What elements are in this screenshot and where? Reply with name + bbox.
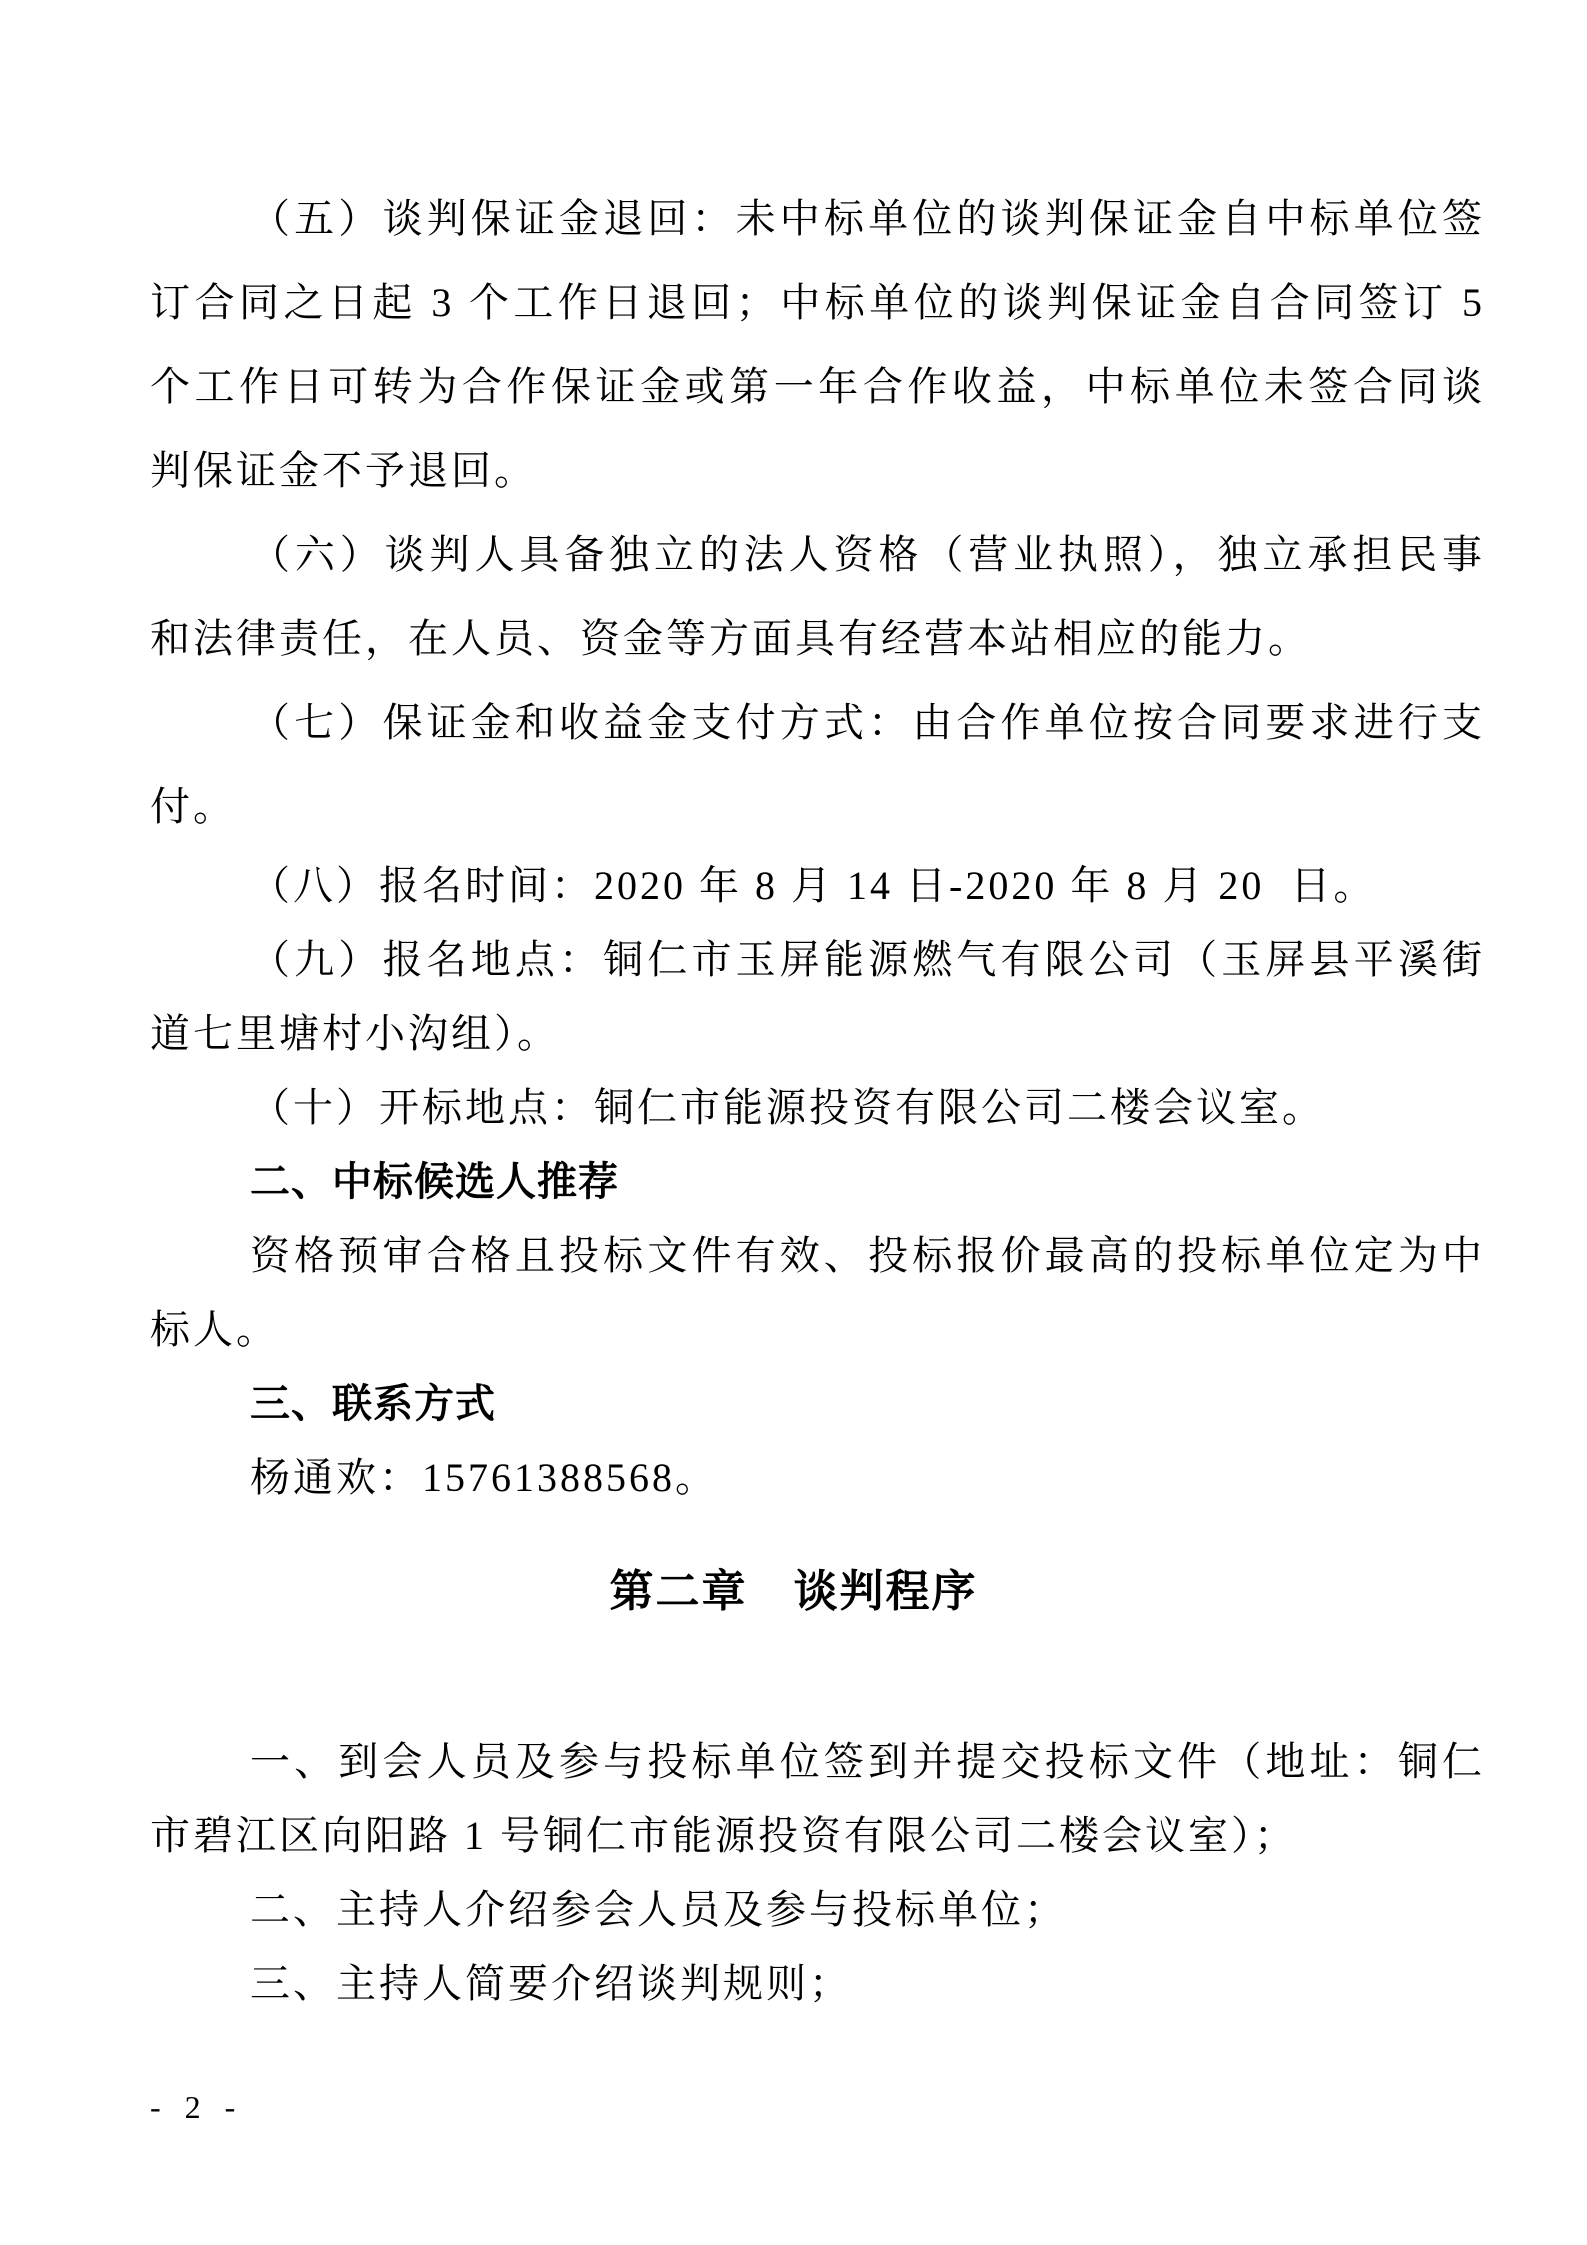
text-line: （十）开标地点：铜仁市能源投资有限公司二楼会议室。 xyxy=(150,1071,1485,1145)
heading-winner-recommendation: 二、中标候选人推荐 xyxy=(150,1145,1485,1219)
para-winner-recommendation: 资格预审合格且投标文件有效、投标报价最高的投标单位定为中 标人。 xyxy=(150,1219,1485,1367)
procedure-step-three: 三、主持人简要介绍谈判规则； xyxy=(150,1947,1485,2021)
list-item-nine: （九）报名地点：铜仁市玉屏能源燃气有限公司（玉屏县平溪街 道七里塘村小沟组）。 xyxy=(150,923,1485,1071)
procedure-step-one: 一、到会人员及参与投标单位签到并提交投标文件（地址：铜仁 市碧江区向阳路 1 号… xyxy=(150,1725,1485,1873)
text-line: 一、到会人员及参与投标单位签到并提交投标文件（地址：铜仁 xyxy=(150,1725,1485,1799)
document-page: （五）谈判保证金退回：未中标单位的谈判保证金自中标单位签 订合同之日起 3 个工… xyxy=(0,0,1587,2245)
text-line: 标人。 xyxy=(150,1293,1485,1367)
terms-section: （五）谈判保证金退回：未中标单位的谈判保证金自中标单位签 订合同之日起 3 个工… xyxy=(150,177,1485,849)
text-line: 判保证金不予退回。 xyxy=(150,429,1485,513)
text-line: 资格预审合格且投标文件有效、投标报价最高的投标单位定为中 xyxy=(150,1219,1485,1293)
list-item-six: （六）谈判人具备独立的法人资格（营业执照），独立承担民事 和法律责任，在人员、资… xyxy=(150,513,1485,681)
text-line: 付。 xyxy=(150,765,1485,849)
list-item-five: （五）谈判保证金退回：未中标单位的谈判保证金自中标单位签 订合同之日起 3 个工… xyxy=(150,177,1485,513)
text-line: 道七里塘村小沟组）。 xyxy=(150,997,1485,1071)
text-line: （五）谈判保证金退回：未中标单位的谈判保证金自中标单位签 xyxy=(150,177,1485,261)
text-line: （六）谈判人具备独立的法人资格（营业执照），独立承担民事 xyxy=(150,513,1485,597)
text-line: 订合同之日起 3 个工作日退回；中标单位的谈判保证金自合同签订 5 xyxy=(150,261,1485,345)
list-item-eight: （八）报名时间：2020 年 8 月 14 日-2020 年 8 月 20 日。 xyxy=(150,849,1485,923)
text-line: 三、主持人简要介绍谈判规则； xyxy=(150,1947,1485,2021)
list-item-seven: （七）保证金和收益金支付方式：由合作单位按合同要求进行支 付。 xyxy=(150,681,1485,849)
text-line: （七）保证金和收益金支付方式：由合作单位按合同要求进行支 xyxy=(150,681,1485,765)
document-content: （五）谈判保证金退回：未中标单位的谈判保证金自中标单位签 订合同之日起 3 个工… xyxy=(0,0,1587,2127)
terms-section-continued: （八）报名时间：2020 年 8 月 14 日-2020 年 8 月 20 日。… xyxy=(150,849,1485,1515)
text-line: 杨通欢：15761388568。 xyxy=(150,1441,1485,1515)
heading-contact: 三、联系方式 xyxy=(150,1367,1485,1441)
text-line: 市碧江区向阳路 1 号铜仁市能源投资有限公司二楼会议室）； xyxy=(150,1799,1485,1873)
page-number: - 2 - xyxy=(150,2087,1485,2127)
text-line: 和法律责任，在人员、资金等方面具有经营本站相应的能力。 xyxy=(150,597,1485,681)
list-item-ten: （十）开标地点：铜仁市能源投资有限公司二楼会议室。 xyxy=(150,1071,1485,1145)
text-line: 个工作日可转为合作保证金或第一年合作收益，中标单位未签合同谈 xyxy=(150,345,1485,429)
text-line: （八）报名时间：2020 年 8 月 14 日-2020 年 8 月 20 日。 xyxy=(150,849,1485,923)
procedure-section: 一、到会人员及参与投标单位签到并提交投标文件（地址：铜仁 市碧江区向阳路 1 号… xyxy=(150,1725,1485,2021)
text-line: （九）报名地点：铜仁市玉屏能源燃气有限公司（玉屏县平溪街 xyxy=(150,923,1485,997)
chapter-title: 第二章 谈判程序 xyxy=(0,1553,1587,1631)
text-line: 二、主持人介绍参会人员及参与投标单位； xyxy=(150,1873,1485,1947)
procedure-step-two: 二、主持人介绍参会人员及参与投标单位； xyxy=(150,1873,1485,1947)
para-contact-phone: 杨通欢：15761388568。 xyxy=(150,1441,1485,1515)
